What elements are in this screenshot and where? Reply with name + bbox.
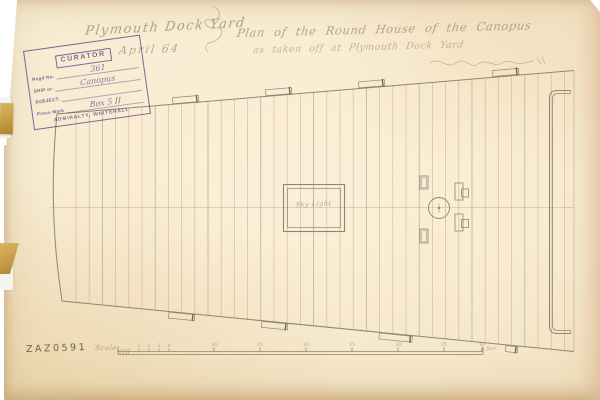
stamp-label: SHIP or: xyxy=(34,87,55,94)
scale-label: Scale xyxy=(94,344,117,352)
paper-edge-shading-right xyxy=(578,0,600,400)
tape-patch-icon xyxy=(0,103,13,134)
scale-unit-label: feet xyxy=(486,346,497,352)
paper-edge-shading-bottom xyxy=(4,382,600,400)
scanned-plan-page: 123410152025303540 Plymouth Dock Yard Ap… xyxy=(0,0,600,400)
curator-stamp: CURATOR Regd No. 361 SHIP or: Canopus SU… xyxy=(23,35,151,130)
catalog-number: ZAZ0591 xyxy=(26,342,88,355)
